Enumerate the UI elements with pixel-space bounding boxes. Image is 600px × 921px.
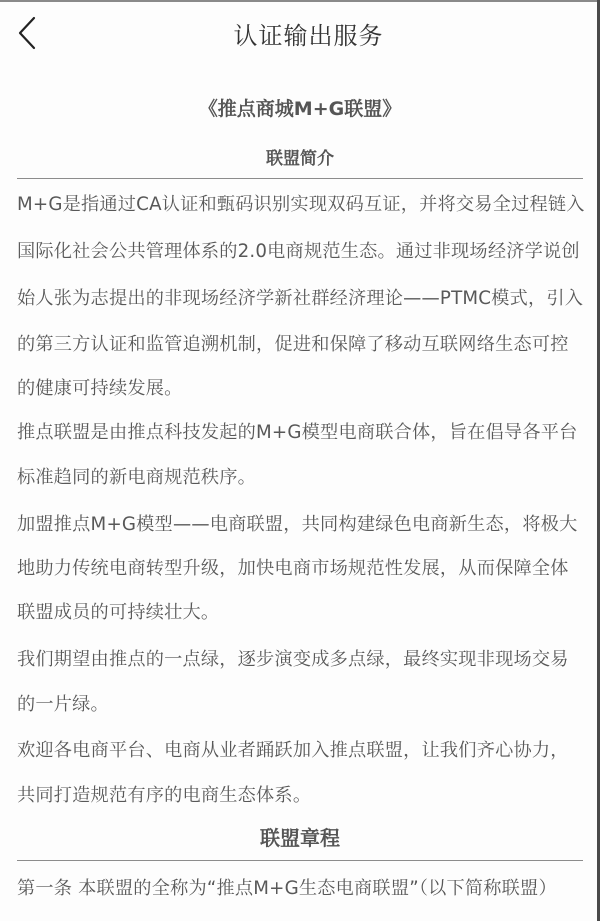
text-line: 国际化社会公共管理体系的2.0电商规范生态。通过非现场经济学说创 xyxy=(17,237,580,263)
navbar: 认证输出服务 xyxy=(0,2,597,64)
text-line: 始人张为志提出的非现场经济学新社群经济理论——PTMC模式，引入 xyxy=(17,284,583,310)
divider xyxy=(17,860,583,861)
text-line: 加盟推点M+G模型——电商联盟，共同构建绿色电商新生态，将极大 xyxy=(17,510,577,536)
text-line: 欢迎各电商平台、电商从业者踊跃加入推点联盟，让我们齐心协力， xyxy=(17,736,569,762)
text-line: 的一片绿。 xyxy=(17,690,109,716)
text-line: 联盟成员的可持续壮大。 xyxy=(17,598,219,624)
text-line: 推点联盟是由推点科技发起的M+G模型电商联合体，旨在倡导各平台 xyxy=(17,418,577,444)
page-title: 认证输出服务 xyxy=(0,16,597,51)
document-title: 《推点商城M+G联盟》 xyxy=(17,94,583,121)
text-line: 第一条 本联盟的全称为“推点M+G生态电商联盟”（以下简称联盟） xyxy=(17,874,557,900)
text-line: 标准趋同的新电商规范秩序。 xyxy=(17,463,256,489)
section-heading-intro: 联盟简介 xyxy=(17,144,583,169)
section-heading-charter: 联盟章程 xyxy=(17,822,583,851)
text-line: 的第三方认证和监管追溯机制，促进和保障了移动互联网络生态可控 xyxy=(17,330,569,356)
text-line: 的健康可持续发展。 xyxy=(17,374,183,400)
text-line: 地助力传统电商转型升级，加快电商市场规范性发展，从而保障全体 xyxy=(17,554,569,580)
text-line: 我们期望由推点的一点绿，逐步演变成多点绿，最终实现非现场交易 xyxy=(17,645,569,671)
text-line: 共同打造规范有序的电商生态体系。 xyxy=(17,781,311,807)
text-line: M+G是指通过CA认证和甄码识别实现双码互证，并将交易全过程链入 xyxy=(17,190,585,216)
divider xyxy=(17,178,583,179)
